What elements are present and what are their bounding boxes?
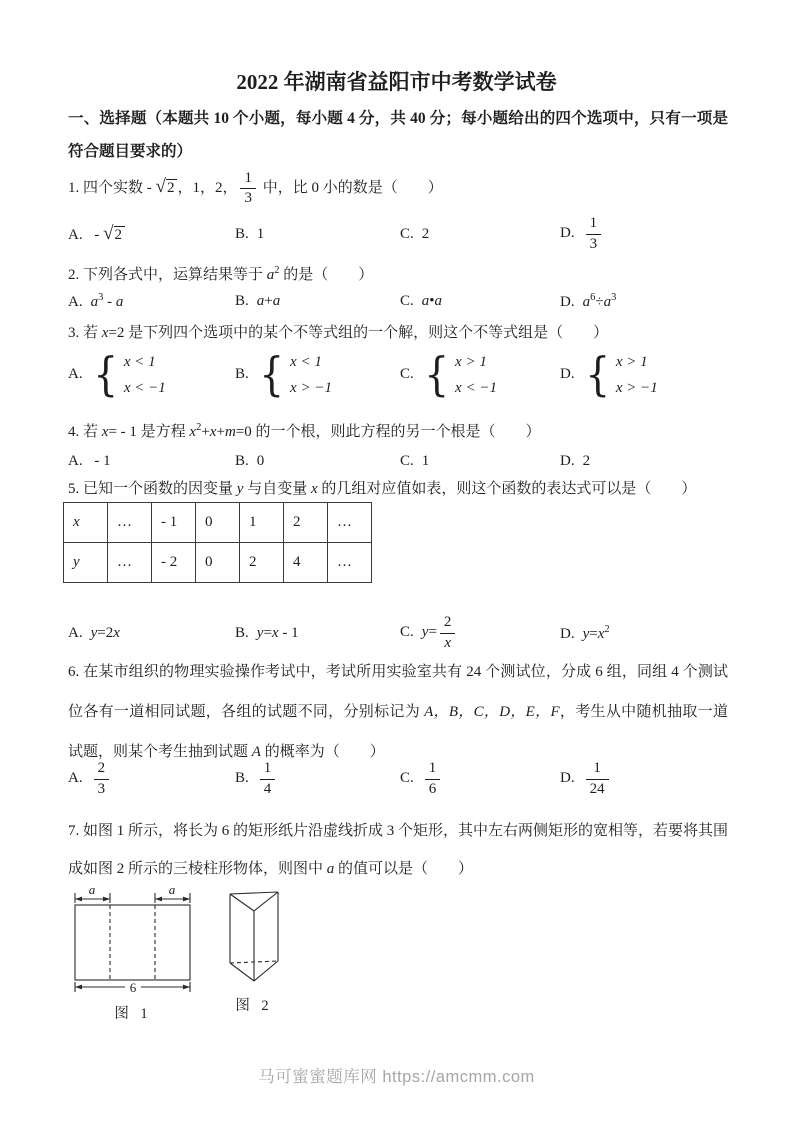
table-cell: - 1: [152, 503, 196, 543]
text-run: +: [264, 293, 272, 309]
fraction: 2x: [440, 614, 456, 652]
math-var: a: [116, 294, 124, 310]
table-cell: 0: [196, 503, 240, 543]
q2-option-d: D.a6÷a3: [560, 292, 728, 311]
math-var: a: [273, 293, 281, 309]
text-run: 2: [422, 226, 430, 242]
text-run: ÷: [595, 294, 603, 310]
q5-option-d: D.y=x2: [560, 624, 728, 643]
table-cell: …: [328, 543, 372, 583]
question-4-options: A. - 1 B.0 C.1 D.2: [68, 448, 728, 474]
math-var: m: [225, 424, 236, 440]
q5-option-c: C.y=2x: [400, 614, 560, 652]
fraction: 124: [586, 760, 609, 798]
figure-1-caption: 图 1: [114, 1002, 151, 1023]
question-3-stem: 3. 若 x=2 是下列四个选项中的某个不等式组的一个解，则这个不等式组是（ ）: [68, 320, 728, 346]
inequality-line: x > −1: [616, 375, 658, 401]
text-run: 的是（ ）: [280, 267, 374, 283]
question-6-stem: 6. 在某市组织的物理实验操作考试中，考试所用实验室共有 24 个测试位，分成 …: [68, 652, 728, 772]
dim-label-a-left: a: [89, 884, 96, 897]
option-label: D.: [560, 366, 575, 382]
q4-option-c: C.1: [400, 453, 560, 470]
option-label: D.: [560, 294, 575, 310]
figure-2-caption: 图 2: [235, 994, 272, 1015]
numerator: 1: [240, 170, 256, 189]
text-run: 中，比 0 小的数是（ ）: [259, 180, 443, 196]
option-label: B.: [235, 453, 249, 469]
text-run: 0: [257, 453, 265, 469]
question-6-options: A.23 B.14 C.16 D.124: [68, 756, 728, 802]
inequality-system: {x < 1x < −1: [91, 349, 166, 401]
question-4-stem: 4. 若 x= - 1 是方程 x2+x+m=0 的一个根，则此方程的另一个根是…: [68, 415, 728, 445]
text-run: =: [428, 624, 436, 640]
text-run: - 1: [279, 625, 299, 641]
option-label: C.: [400, 770, 414, 786]
table-cell: 4: [284, 543, 328, 583]
q6-option-a: A.23: [68, 760, 235, 798]
inequality-line: x < −1: [455, 375, 497, 401]
text-run: -: [91, 227, 104, 243]
text-run: 1: [257, 226, 265, 242]
left-brace-icon: {: [93, 353, 118, 397]
table-row-y: y … - 2 0 2 4 …: [64, 543, 372, 583]
text-run: - 1: [91, 453, 111, 469]
q2-option-a: A.a3 - a: [68, 292, 235, 311]
option-label: B.: [235, 293, 249, 309]
text-run: +: [216, 424, 224, 440]
question-7-stem: 7. 如图 1 所示，将长为 6 的矩形纸片沿虚线折成 3 个矩形，其中左右两侧…: [68, 812, 728, 888]
option-label: B.: [235, 366, 249, 382]
q3-option-c: C.{x > 1x < −1: [400, 349, 560, 401]
text-run: 2: [583, 453, 591, 469]
option-label: D.: [560, 626, 575, 642]
question-1-options: A. - √2 B.1 C.2 D.13: [68, 212, 728, 256]
denominator: x: [440, 634, 456, 652]
text-run: 的值可以是（ ）: [334, 861, 473, 877]
inequality-line: x > 1: [616, 349, 658, 375]
q5-option-a: A.y=2x: [68, 625, 235, 642]
table-cell: …: [108, 503, 152, 543]
option-label: A.: [68, 227, 83, 243]
text-run: 的几组对应值如表，则这个函数的表达式可以是（ ）: [318, 481, 697, 497]
question-1-stem: 1. 四个实数 - √2，1，2，13 中，比 0 小的数是（ ）: [68, 170, 728, 208]
math-var: A，B，C，D，E，F: [424, 704, 560, 720]
option-label: D.: [560, 453, 575, 469]
numerator: 1: [586, 760, 609, 779]
left-brace-icon: {: [585, 353, 610, 397]
question-2-stem: 2. 下列各式中，运算结果等于 a2 的是（ ）: [68, 258, 728, 288]
text-run: -: [103, 294, 116, 310]
page-title: 2022 年湖南省益阳市中考数学试卷: [0, 66, 793, 96]
table-cell: …: [328, 503, 372, 543]
text-run: =0 的一个根，则此方程的另一个根是（ ）: [236, 424, 541, 440]
option-label: C.: [400, 366, 414, 382]
text-run: ，1，2，: [177, 180, 237, 196]
q1-option-c: C.2: [400, 226, 560, 243]
fraction: 23: [94, 760, 110, 798]
figure-2: 图 2: [224, 884, 284, 1015]
q4-option-d: D.2: [560, 453, 728, 470]
question-5-stem: 5. 已知一个函数的因变量 y 与自变量 x 的几组对应值如表，则这个函数的表达…: [68, 476, 728, 502]
q5-option-b: B.y=x - 1: [235, 625, 400, 642]
numerator: 1: [425, 760, 441, 779]
option-label: C.: [400, 293, 414, 309]
left-brace-icon: {: [424, 353, 449, 397]
option-label: A.: [68, 294, 83, 310]
option-label: D.: [560, 225, 575, 241]
text-run: +: [201, 424, 209, 440]
q6-option-c: C.16: [400, 760, 560, 798]
inequality-system: {x > 1x < −1: [422, 349, 497, 401]
q1-option-b: B.1: [235, 226, 400, 243]
text-run: 2. 下列各式中，运算结果等于: [68, 267, 267, 283]
option-label: D.: [560, 770, 575, 786]
inequality-line: x > 1: [455, 349, 497, 375]
q6-option-b: B.14: [235, 760, 400, 798]
radical-sign-icon: √: [103, 223, 113, 244]
text-run: 4. 若: [68, 424, 102, 440]
dim-label-a-right: a: [169, 884, 176, 897]
fraction: 13: [240, 170, 256, 208]
radical-sign-icon: √: [156, 176, 166, 197]
left-brace-icon: {: [259, 353, 284, 397]
table-cell: 0: [196, 543, 240, 583]
text-run: 1. 四个实数 -: [68, 180, 156, 196]
denominator: 24: [586, 780, 609, 798]
denominator: 6: [425, 780, 441, 798]
exponent: 3: [611, 292, 616, 303]
q5-value-table: x … - 1 0 1 2 … y … - 2 0 2 4 …: [63, 502, 372, 583]
rectangle-fold-diagram: a a 6: [70, 884, 196, 996]
dim-label-6: 6: [130, 980, 137, 995]
text-run: =: [589, 626, 597, 642]
text-run: =2 是下列四个选项中的某个不等式组的一个解，则这个不等式组是（ ）: [108, 325, 608, 341]
numerator: 2: [94, 760, 110, 779]
sqrt-radical: √2: [156, 175, 178, 201]
radicand: 2: [166, 179, 178, 196]
inequality-line: x > −1: [290, 375, 332, 401]
table-cell: …: [108, 543, 152, 583]
table-cell: 2: [240, 543, 284, 583]
numerator: 2: [440, 614, 456, 633]
question-3-options: A.{x < 1x < −1 B.{x < 1x > −1 C.{x > 1x …: [68, 346, 728, 404]
math-var: x: [113, 625, 120, 641]
option-label: B.: [235, 625, 249, 641]
denominator: 3: [94, 780, 110, 798]
numerator: 1: [260, 760, 276, 779]
table-row-x: x … - 1 0 1 2 …: [64, 503, 372, 543]
math-var: a: [91, 294, 99, 310]
table-cell: y: [64, 543, 108, 583]
inequality-line: x < 1: [290, 349, 332, 375]
question-5-options: A.y=2x B.y=x - 1 C.y=2x D.y=x2: [68, 610, 728, 656]
option-label: C.: [400, 453, 414, 469]
math-var: x: [311, 481, 318, 497]
denominator: 4: [260, 780, 276, 798]
option-label: C.: [400, 226, 414, 242]
table-cell: - 2: [152, 543, 196, 583]
fraction: 16: [425, 760, 441, 798]
q1-option-d: D.13: [560, 215, 728, 253]
q4-option-b: B.0: [235, 453, 400, 470]
option-label: B.: [235, 770, 249, 786]
footer-watermark: 马可蜜蜜题库网 https://amcmm.com: [0, 1063, 793, 1087]
table-cell: 1: [240, 503, 284, 543]
text-run: = - 1 是方程: [108, 424, 189, 440]
q6-option-d: D.124: [560, 760, 728, 798]
q3-option-a: A.{x < 1x < −1: [68, 349, 235, 401]
q3-option-d: D.{x > 1x > −1: [560, 349, 728, 401]
fraction: 14: [260, 760, 276, 798]
figure-1: a a 6 图 1: [70, 884, 196, 1023]
option-label: A.: [68, 453, 83, 469]
text-run: =: [263, 625, 271, 641]
text-run: 与自变量: [243, 481, 311, 497]
option-label: A.: [68, 770, 83, 786]
table-cell: 2: [284, 503, 328, 543]
q2-option-b: B.a+a: [235, 293, 400, 310]
math-var: a: [583, 294, 591, 310]
q4-option-a: A. - 1: [68, 453, 235, 470]
inequality-system: {x < 1x > −1: [257, 349, 332, 401]
text-run: 5. 已知一个函数的因变量: [68, 481, 237, 497]
q3-option-b: B.{x < 1x > −1: [235, 349, 400, 401]
option-label: A.: [68, 625, 83, 641]
inequality-line: x < −1: [124, 375, 166, 401]
numerator: 1: [586, 215, 602, 234]
q2-option-c: C.a•a: [400, 293, 560, 310]
math-var: a: [435, 293, 443, 309]
option-label: C.: [400, 624, 414, 640]
denominator: 3: [240, 189, 256, 207]
triangular-prism-diagram: [224, 884, 284, 988]
radicand: 2: [114, 226, 126, 243]
option-label: B.: [235, 226, 249, 242]
inequality-system: {x > 1x > −1: [583, 349, 658, 401]
q1-option-a: A. - √2: [68, 224, 235, 244]
table-cell: x: [64, 503, 108, 543]
text-run: =2: [97, 625, 113, 641]
text-run: 1: [422, 453, 430, 469]
section-header: 一、选择题（本题共 10 个小题，每小题 4 分，共 40 分；每小题给出的四个…: [68, 102, 728, 168]
fraction: 13: [586, 215, 602, 253]
denominator: 3: [586, 235, 602, 253]
math-var: a: [604, 294, 612, 310]
text-run: 3. 若: [68, 325, 102, 341]
sqrt-radical: √2: [103, 224, 125, 244]
option-label: A.: [68, 366, 83, 382]
question-2-options: A.a3 - a B.a+a C.a•a D.a6÷a3: [68, 288, 728, 314]
exponent: 2: [604, 624, 609, 635]
q7-figures: a a 6 图 1: [70, 884, 284, 1023]
inequality-line: x < 1: [124, 349, 166, 375]
math-var: x: [272, 625, 279, 641]
